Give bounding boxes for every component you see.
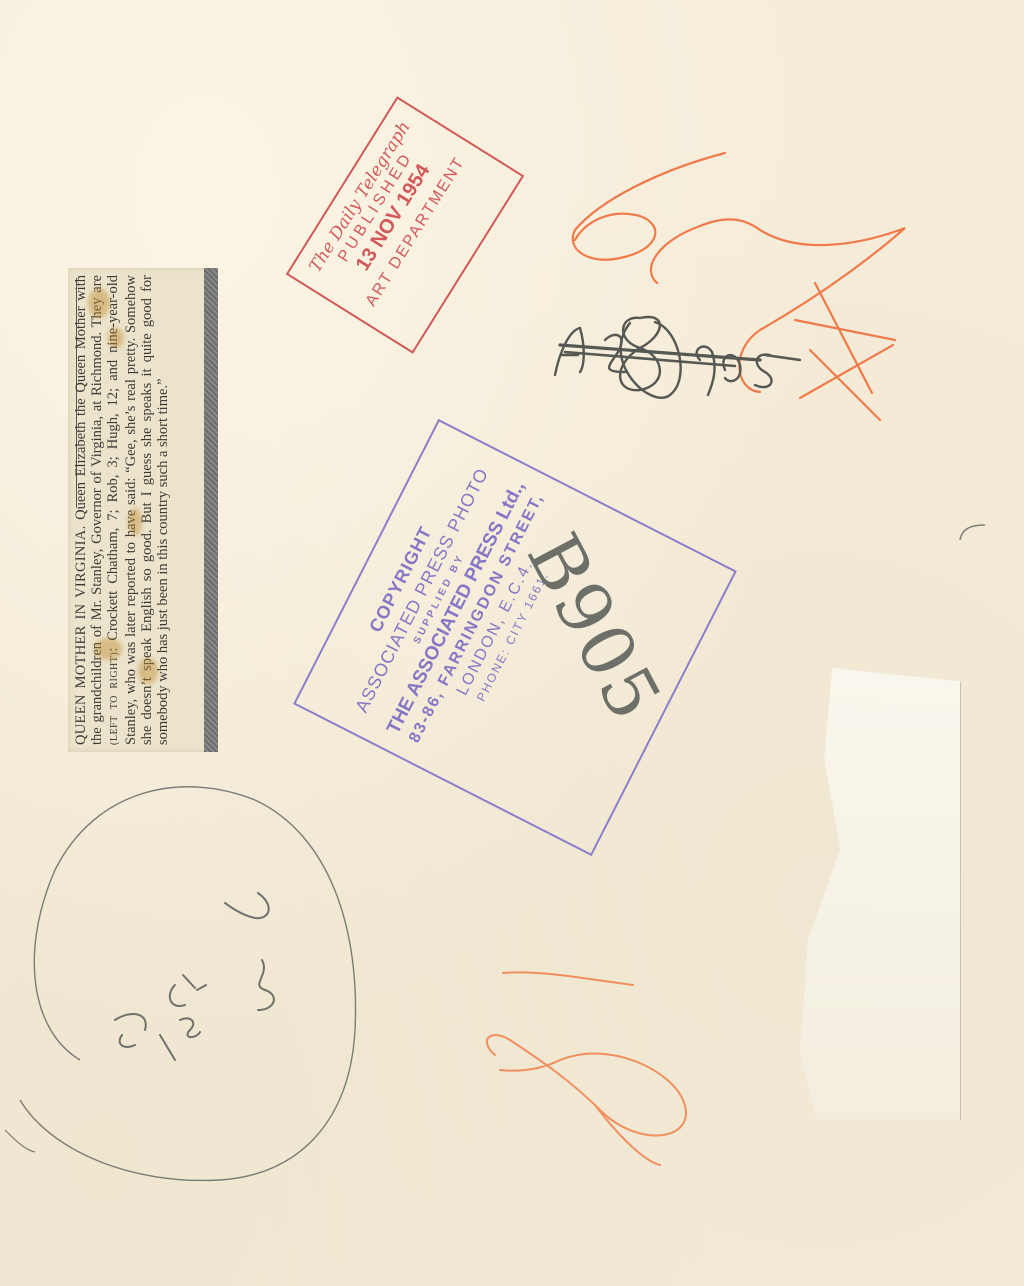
pencil-circle-note xyxy=(115,893,274,1060)
orange-numeral-8 xyxy=(487,1035,686,1165)
handwritten-marks xyxy=(0,0,1024,1286)
pencil-tick-mark xyxy=(960,525,985,540)
orange-numeral-6 xyxy=(573,153,725,260)
orange-numeral-1 xyxy=(503,972,633,985)
pencil-edge-mark xyxy=(5,1130,35,1152)
pencil-oval xyxy=(20,787,356,1181)
orange-numeral-5 xyxy=(651,219,905,392)
orange-hash-mark xyxy=(795,283,895,420)
